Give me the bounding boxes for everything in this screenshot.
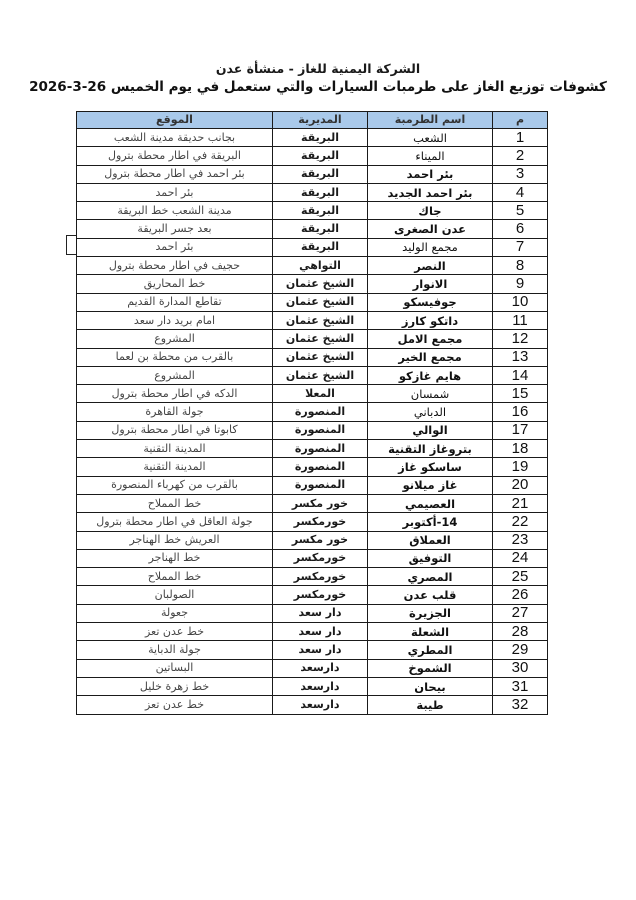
table-row: 10جوفيسكوالشيخ عثمانتقاطع المدارة القديم — [77, 293, 548, 311]
station-location: بالقرب من كهرباء المنصورة — [77, 476, 273, 494]
row-number: 1 — [493, 129, 548, 147]
station-location: خط عدن تعز — [77, 696, 273, 714]
row-number: 6 — [493, 220, 548, 238]
table-row: 23العملاقخور مكسرالعريش خط الهناجر — [77, 531, 548, 549]
directorate-name: خور مكسر — [273, 494, 368, 512]
directorate-name: الشيخ عثمان — [273, 311, 368, 329]
station-location: بئر احمد — [77, 238, 273, 256]
station-name: جاك — [368, 202, 493, 220]
station-name: 14-أكتوبر — [368, 513, 493, 531]
directorate-name: الشيخ عثمان — [273, 348, 368, 366]
station-location: بجانب حديقة مدينة الشعب — [77, 129, 273, 147]
table-row: 7مجمع الوليدالبريقةبئر احمد — [77, 238, 548, 256]
table-row: 21العصيميخور مكسرخط المملاح — [77, 494, 548, 512]
table-row: 29المطريدار سعدجولة الدباية — [77, 641, 548, 659]
station-name: الجزيرة — [368, 604, 493, 622]
directorate-name: التواهي — [273, 257, 368, 275]
document-header: الشركة اليمنية للغاز - منشأة عدن كشوفات … — [0, 60, 636, 97]
directorate-name: دارسعد — [273, 677, 368, 695]
table-row: 3بئر احمدالبريقةبئر احمد في اطار محطة بت… — [77, 165, 548, 183]
directorate-name: دار سعد — [273, 641, 368, 659]
station-name: النصر — [368, 257, 493, 275]
station-location: بئر احمد — [77, 183, 273, 201]
table-row: 17الواليالمنصورةكابوتا في اطار محطة بترو… — [77, 421, 548, 439]
table-row: 30الشموخدارسعدالبساتين — [77, 659, 548, 677]
station-location: جولة القاهرة — [77, 403, 273, 421]
schedule-subtitle: كشوفات توزيع الغاز على طرمبات السيارات و… — [0, 78, 636, 97]
station-location: خط المملاح — [77, 494, 273, 512]
row-number: 30 — [493, 659, 548, 677]
station-name: هايم غازكو — [368, 366, 493, 384]
station-name: عدن الصغرى — [368, 220, 493, 238]
row-number: 21 — [493, 494, 548, 512]
row-number: 25 — [493, 568, 548, 586]
station-location: بئر احمد في اطار محطة بترول — [77, 165, 273, 183]
station-name: الميناء — [368, 147, 493, 165]
row-number: 16 — [493, 403, 548, 421]
station-location: مدينة الشعب خط البريقة — [77, 202, 273, 220]
station-name: المطري — [368, 641, 493, 659]
table-row: 25المصريخورمكسرخط المملاح — [77, 568, 548, 586]
station-location: خط الهناجر — [77, 549, 273, 567]
station-location: الصولبان — [77, 586, 273, 604]
directorate-name: خور مكسر — [273, 531, 368, 549]
station-name: الشعب — [368, 129, 493, 147]
table-row: 11داتكو كارزالشيخ عثمانامام بريد دار سعد — [77, 311, 548, 329]
directorate-name: المنصورة — [273, 421, 368, 439]
table-row: 19ساسكو غازالمنصورةالمدينة التقنية — [77, 458, 548, 476]
directorate-name: خورمكسر — [273, 586, 368, 604]
station-location: بعد جسر البريقة — [77, 220, 273, 238]
row-number: 20 — [493, 476, 548, 494]
table-row: 2الميناءالبريقةالبريقة في اطار محطة بترو… — [77, 147, 548, 165]
directorate-name: الشيخ عثمان — [273, 330, 368, 348]
table-row: 12مجمع الاملالشيخ عثمانالمشروع — [77, 330, 548, 348]
row-number: 7 — [493, 238, 548, 256]
table-row: 5جاكالبريقةمدينة الشعب خط البريقة — [77, 202, 548, 220]
station-location: المدينة التقنية — [77, 440, 273, 458]
station-name: طيبة — [368, 696, 493, 714]
station-name: الدباني — [368, 403, 493, 421]
row-number: 29 — [493, 641, 548, 659]
table-row: 9الانوارالشيخ عثمانخط المحاريق — [77, 275, 548, 293]
distribution-table: م اسم الطرمبة المديرية الموقع 1الشعبالبر… — [76, 111, 548, 715]
table-row: 31بيحاندارسعدخط زهرة خليل — [77, 677, 548, 695]
directorate-name: البريقة — [273, 129, 368, 147]
row-number: 14 — [493, 366, 548, 384]
table-row: 8النصرالتواهيحجيف في اطار محطة بترول — [77, 257, 548, 275]
directorate-name: دار سعد — [273, 623, 368, 641]
directorate-name: دارسعد — [273, 659, 368, 677]
table-row: 32طيبةدارسعدخط عدن تعز — [77, 696, 548, 714]
station-name: داتكو كارز — [368, 311, 493, 329]
station-location: بالقرب من محطة بن لعما — [77, 348, 273, 366]
station-location: المدينة التقنية — [77, 458, 273, 476]
directorate-name: البريقة — [273, 238, 368, 256]
row-number: 9 — [493, 275, 548, 293]
table-row: 4بئر احمد الجديدالبريقةبئر احمد — [77, 183, 548, 201]
station-location: كابوتا في اطار محطة بترول — [77, 421, 273, 439]
directorate-name: خورمكسر — [273, 513, 368, 531]
column-header-station: اسم الطرمبة — [368, 112, 493, 129]
station-name: بيحان — [368, 677, 493, 695]
station-name: الوالي — [368, 421, 493, 439]
station-name: الانوار — [368, 275, 493, 293]
column-header-location: الموقع — [77, 112, 273, 129]
station-location: العريش خط الهناجر — [77, 531, 273, 549]
station-location: البساتين — [77, 659, 273, 677]
station-location: خط المملاح — [77, 568, 273, 586]
station-name: العصيمي — [368, 494, 493, 512]
directorate-name: المنصورة — [273, 440, 368, 458]
row-number: 3 — [493, 165, 548, 183]
directorate-name: البريقة — [273, 220, 368, 238]
directorate-name: المنصورة — [273, 476, 368, 494]
station-location: خط زهرة خليل — [77, 677, 273, 695]
row-number: 17 — [493, 421, 548, 439]
directorate-name: المنصورة — [273, 458, 368, 476]
station-location: تقاطع المدارة القديم — [77, 293, 273, 311]
row-number: 32 — [493, 696, 548, 714]
station-name: الشموخ — [368, 659, 493, 677]
table-row: 6عدن الصغرىالبريقةبعد جسر البريقة — [77, 220, 548, 238]
station-name: مجمع الامل — [368, 330, 493, 348]
directorate-name: خورمكسر — [273, 568, 368, 586]
row-number: 8 — [493, 257, 548, 275]
station-name: مجمع الخير — [368, 348, 493, 366]
station-name: الشعلة — [368, 623, 493, 641]
directorate-name: الشيخ عثمان — [273, 293, 368, 311]
directorate-name: المنصورة — [273, 403, 368, 421]
table-row: 26قلب عدنخورمكسرالصولبان — [77, 586, 548, 604]
row-number: 27 — [493, 604, 548, 622]
table-row: 2214-أكتوبرخورمكسرجولة العاقل في اطار مح… — [77, 513, 548, 531]
row-number: 11 — [493, 311, 548, 329]
station-name: التوفيق — [368, 549, 493, 567]
row-number: 18 — [493, 440, 548, 458]
station-location: المشروع — [77, 330, 273, 348]
station-name: العملاق — [368, 531, 493, 549]
table-row: 27الجزيرةدار سعدجعولة — [77, 604, 548, 622]
table-body: 1الشعبالبريقةبجانب حديقة مدينة الشعب2الم… — [77, 129, 548, 715]
station-name: المصري — [368, 568, 493, 586]
table-row: 28الشعلةدار سعدخط عدن تعز — [77, 623, 548, 641]
table-row: 16الدبانيالمنصورةجولة القاهرة — [77, 403, 548, 421]
row-number: 26 — [493, 586, 548, 604]
station-location: جولة العاقل في اطار محطة بترول — [77, 513, 273, 531]
column-header-directorate: المديرية — [273, 112, 368, 129]
station-name: شمسان — [368, 385, 493, 403]
station-location: البريقة في اطار محطة بترول — [77, 147, 273, 165]
table-row: 15شمسانالمعلاالدكه في اطار محطة بترول — [77, 385, 548, 403]
row-number: 23 — [493, 531, 548, 549]
directorate-name: الشيخ عثمان — [273, 366, 368, 384]
row-number: 19 — [493, 458, 548, 476]
station-name: مجمع الوليد — [368, 238, 493, 256]
station-location: خط عدن تعز — [77, 623, 273, 641]
table-row: 13مجمع الخيرالشيخ عثمانبالقرب من محطة بن… — [77, 348, 548, 366]
row-number: 4 — [493, 183, 548, 201]
station-location: الدكه في اطار محطة بترول — [77, 385, 273, 403]
station-location: المشروع — [77, 366, 273, 384]
table-row: 14هايم غازكوالشيخ عثمانالمشروع — [77, 366, 548, 384]
row-number: 22 — [493, 513, 548, 531]
station-name: جوفيسكو — [368, 293, 493, 311]
table-header-row: م اسم الطرمبة المديرية الموقع — [77, 112, 548, 129]
row-number: 28 — [493, 623, 548, 641]
row-number: 31 — [493, 677, 548, 695]
station-name: قلب عدن — [368, 586, 493, 604]
station-location: جولة الدباية — [77, 641, 273, 659]
station-location: حجيف في اطار محطة بترول — [77, 257, 273, 275]
row-number: 24 — [493, 549, 548, 567]
directorate-name: البريقة — [273, 202, 368, 220]
station-name: بتروغاز التقنية — [368, 440, 493, 458]
table-row: 18بتروغاز التقنيةالمنصورةالمدينة التقنية — [77, 440, 548, 458]
directorate-name: البريقة — [273, 165, 368, 183]
directorate-name: دارسعد — [273, 696, 368, 714]
station-location: امام بريد دار سعد — [77, 311, 273, 329]
row-number: 5 — [493, 202, 548, 220]
table-row: 20غاز ميلانوالمنصورةبالقرب من كهرباء الم… — [77, 476, 548, 494]
row-number: 2 — [493, 147, 548, 165]
table-row: 1الشعبالبريقةبجانب حديقة مدينة الشعب — [77, 129, 548, 147]
table-row: 24التوفيقخورمكسرخط الهناجر — [77, 549, 548, 567]
column-header-num: م — [493, 112, 548, 129]
station-name: غاز ميلانو — [368, 476, 493, 494]
station-location: خط المحاريق — [77, 275, 273, 293]
row-number: 12 — [493, 330, 548, 348]
station-name: بئر احمد الجديد — [368, 183, 493, 201]
directorate-name: دار سعد — [273, 604, 368, 622]
station-name: بئر احمد — [368, 165, 493, 183]
directorate-name: خورمكسر — [273, 549, 368, 567]
station-name: ساسكو غاز — [368, 458, 493, 476]
row-number: 15 — [493, 385, 548, 403]
directorate-name: الشيخ عثمان — [273, 275, 368, 293]
company-title: الشركة اليمنية للغاز - منشأة عدن — [0, 60, 636, 77]
row-number: 13 — [493, 348, 548, 366]
directorate-name: البريقة — [273, 147, 368, 165]
station-location: جعولة — [77, 604, 273, 622]
directorate-name: البريقة — [273, 183, 368, 201]
row-number: 10 — [493, 293, 548, 311]
directorate-name: المعلا — [273, 385, 368, 403]
